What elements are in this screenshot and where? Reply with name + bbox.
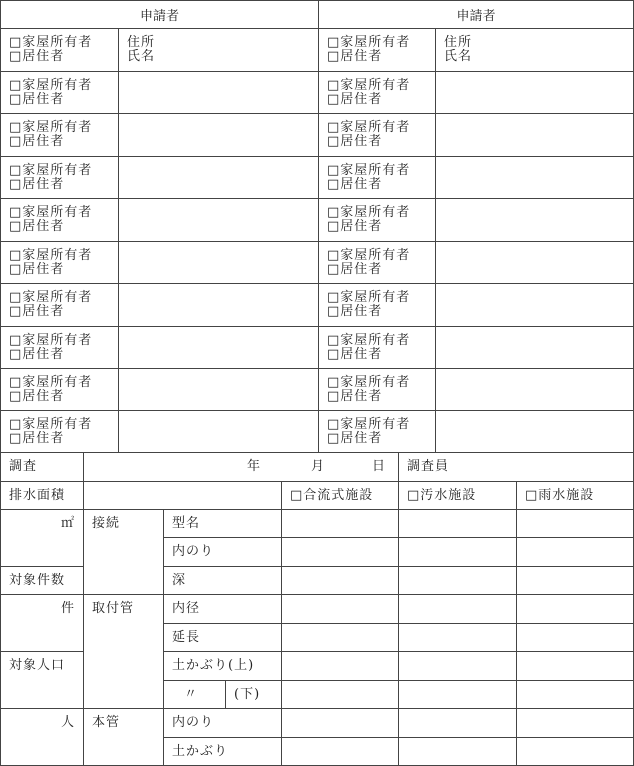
- applicant-type-cell[interactable]: □家屋所有者□居住者: [318, 113, 436, 157]
- main-pipe-cell: 本管: [83, 708, 164, 766]
- target-count-label-cell: 対象件数: [0, 566, 84, 595]
- item-label: 内のり: [172, 545, 214, 559]
- applicant-info-cell[interactable]: [435, 156, 634, 199]
- drainage-area-input[interactable]: [83, 481, 282, 510]
- applicant-info-cell[interactable]: [118, 198, 319, 242]
- applicant-type-cell[interactable]: □家屋所有者□居住者: [318, 71, 436, 114]
- resident-checkbox[interactable]: □居住者: [327, 220, 382, 234]
- applicant-type-cell[interactable]: □家屋所有者□居住者: [318, 156, 436, 199]
- owner-checkbox[interactable]: □家屋所有者: [327, 164, 410, 178]
- value-cell[interactable]: [398, 594, 517, 624]
- survey-date-cell[interactable]: 年月日: [83, 452, 399, 482]
- item-label: 土かぶり: [172, 745, 228, 759]
- owner-checkbox[interactable]: □家屋所有者: [9, 291, 92, 305]
- owner-checkbox[interactable]: □家屋所有者: [327, 206, 410, 220]
- owner-checkbox[interactable]: □家屋所有者: [9, 206, 92, 220]
- value-cell[interactable]: [398, 651, 517, 681]
- applicant-info-cell[interactable]: [118, 113, 319, 157]
- drainage-area-label: 排水面積: [9, 489, 65, 503]
- value-cell[interactable]: [281, 651, 399, 681]
- applicant-type-cell[interactable]: □家屋所有者□居住者: [0, 283, 119, 327]
- value-cell[interactable]: [281, 537, 399, 567]
- applicant-type-cell[interactable]: □家屋所有者□居住者: [318, 368, 436, 411]
- resident-checkbox[interactable]: □居住者: [9, 390, 64, 404]
- applicant-type-cell[interactable]: □家屋所有者□居住者: [0, 156, 119, 199]
- applicant-type-cell[interactable]: □家屋所有者□居住者: [0, 198, 119, 242]
- count-value-cell[interactable]: 件: [0, 594, 84, 652]
- applicant-info-cell[interactable]: [118, 71, 319, 114]
- owner-checkbox[interactable]: □家屋所有者: [9, 249, 92, 263]
- drainage-area-label-cell: 排水面積: [0, 481, 84, 510]
- item-label: 内径: [172, 602, 200, 616]
- applicant-type-cell[interactable]: □家屋所有者□居住者: [0, 113, 119, 157]
- applicant-info-cell[interactable]: [118, 410, 319, 453]
- value-cell[interactable]: [281, 680, 399, 709]
- owner-checkbox[interactable]: □家屋所有者: [9, 418, 92, 432]
- item-label-cell: 土かぶり: [163, 737, 282, 766]
- value-cell[interactable]: [516, 680, 634, 709]
- ditto-cell: 〃: [163, 680, 226, 709]
- item-label-cell: 土かぶり(上): [163, 651, 282, 681]
- day-label: 日: [372, 460, 386, 474]
- value-cell[interactable]: [398, 708, 517, 738]
- value-cell[interactable]: [281, 708, 399, 738]
- resident-checkbox[interactable]: □居住者: [9, 305, 64, 319]
- value-cell[interactable]: [516, 623, 634, 652]
- resident-checkbox[interactable]: □居住者: [327, 432, 382, 446]
- combined-checkbox[interactable]: □合流式施設: [290, 489, 373, 503]
- applicant-info-cell[interactable]: [435, 283, 634, 327]
- value-cell[interactable]: [281, 509, 399, 538]
- surveyor-label: 調査員: [407, 460, 449, 474]
- owner-checkbox[interactable]: □家屋所有者: [9, 121, 92, 135]
- resident-checkbox[interactable]: □居住者: [327, 178, 382, 192]
- unit-m2: ㎡: [61, 517, 75, 531]
- resident-checkbox[interactable]: □居住者: [327, 305, 382, 319]
- lower-label: (下): [234, 688, 260, 702]
- value-cell[interactable]: [516, 708, 634, 738]
- applicant-type-cell[interactable]: □家屋所有者□居住者: [0, 368, 119, 411]
- value-cell[interactable]: [398, 509, 517, 538]
- item-label-cell: 深: [163, 566, 282, 595]
- attach-pipe-cell: 取付管: [83, 594, 164, 709]
- applicant-info-cell[interactable]: [118, 368, 319, 411]
- applicant-type-cell[interactable]: □家屋所有者□居住者: [0, 241, 119, 284]
- resident-checkbox[interactable]: □居住者: [9, 220, 64, 234]
- applicant-info-cell[interactable]: [435, 113, 634, 157]
- value-cell[interactable]: [516, 737, 634, 766]
- applicant-type-cell[interactable]: □家屋所有者□居住者: [318, 283, 436, 327]
- target-count-label: 対象件数: [9, 574, 65, 588]
- resident-checkbox[interactable]: □居住者: [327, 135, 382, 149]
- applicant-info-cell[interactable]: [435, 198, 634, 242]
- applicant-header-right: 申請者: [318, 0, 634, 29]
- owner-checkbox[interactable]: □家屋所有者: [327, 36, 410, 50]
- value-cell[interactable]: [398, 737, 517, 766]
- owner-checkbox[interactable]: □家屋所有者: [9, 36, 92, 50]
- value-cell[interactable]: [516, 566, 634, 595]
- address-label: 住所: [127, 36, 155, 50]
- applicant-info-cell[interactable]: 住所氏名: [435, 28, 634, 72]
- owner-checkbox[interactable]: □家屋所有者: [327, 121, 410, 135]
- applicant-type-cell[interactable]: □家屋所有者□居住者: [0, 410, 119, 453]
- resident-checkbox[interactable]: □居住者: [9, 432, 64, 446]
- applicant-type-cell[interactable]: □家屋所有者□居住者: [0, 71, 119, 114]
- value-cell[interactable]: [281, 594, 399, 624]
- applicant-type-cell[interactable]: □家屋所有者□居住者: [318, 241, 436, 284]
- value-cell[interactable]: [398, 537, 517, 567]
- applicant-info-cell[interactable]: [435, 326, 634, 369]
- rain-checkbox[interactable]: □雨水施設: [525, 489, 594, 503]
- value-cell[interactable]: [281, 623, 399, 652]
- unit-ken: 件: [61, 602, 75, 616]
- unit-person: 人: [61, 716, 75, 730]
- owner-checkbox[interactable]: □家屋所有者: [327, 334, 410, 348]
- applicant-type-cell[interactable]: □家屋所有者□居住者: [0, 326, 119, 369]
- applicant-header-left: 申請者: [0, 0, 319, 29]
- target-pop-cell[interactable]: 対象人口: [0, 651, 84, 709]
- owner-checkbox[interactable]: □家屋所有者: [9, 376, 92, 390]
- applicant-info-cell[interactable]: [118, 283, 319, 327]
- item-label-cell: 延長: [163, 623, 282, 652]
- resident-checkbox[interactable]: □居住者: [9, 135, 64, 149]
- resident-checkbox[interactable]: □居住者: [327, 390, 382, 404]
- applicant-info-cell[interactable]: [118, 241, 319, 284]
- resident-checkbox[interactable]: □居住者: [9, 178, 64, 192]
- value-cell[interactable]: [516, 594, 634, 624]
- ditto-mark: 〃: [184, 688, 198, 702]
- value-cell[interactable]: [398, 566, 517, 595]
- owner-checkbox[interactable]: □家屋所有者: [327, 249, 410, 263]
- year-label: 年: [247, 460, 261, 474]
- attach-pipe-label: 取付管: [92, 602, 134, 616]
- area-value-cell[interactable]: ㎡: [0, 509, 84, 567]
- owner-checkbox[interactable]: □家屋所有者: [327, 79, 410, 93]
- applicant-info-cell[interactable]: [118, 326, 319, 369]
- applicant-type-cell[interactable]: □家屋所有者□居住者: [318, 326, 436, 369]
- applicant-info-cell[interactable]: 住所氏名: [118, 28, 319, 72]
- value-cell[interactable]: [281, 737, 399, 766]
- combined-cell[interactable]: □合流式施設: [281, 481, 399, 510]
- item-label: 内のり: [172, 716, 214, 730]
- month-label: 月: [311, 460, 325, 474]
- rain-cell[interactable]: □雨水施設: [516, 481, 634, 510]
- owner-checkbox[interactable]: □家屋所有者: [327, 291, 410, 305]
- surveyor-cell[interactable]: 調査員: [398, 452, 634, 482]
- applicant-info-cell[interactable]: [435, 410, 634, 453]
- value-cell[interactable]: [516, 651, 634, 681]
- main-pipe-label: 本管: [92, 716, 120, 730]
- owner-checkbox[interactable]: □家屋所有者: [327, 418, 410, 432]
- value-cell[interactable]: [398, 680, 517, 709]
- pop-value-cell[interactable]: 人: [0, 708, 84, 766]
- resident-checkbox[interactable]: □居住者: [327, 348, 382, 362]
- lower-cell: (下): [225, 680, 282, 709]
- header-label: 申請者: [140, 5, 179, 24]
- item-label: 型名: [172, 517, 200, 531]
- owner-checkbox[interactable]: □家屋所有者: [9, 334, 92, 348]
- survey-label-cell: 調査: [0, 452, 84, 482]
- applicant-type-cell[interactable]: □家屋所有者□居住者: [318, 28, 436, 72]
- applicant-type-cell[interactable]: □家屋所有者□居住者: [318, 410, 436, 453]
- connection-cell: 接続: [83, 509, 164, 595]
- address-label: 住所: [444, 36, 472, 50]
- applicant-info-cell[interactable]: [435, 241, 634, 284]
- header-label: 申請者: [456, 5, 495, 24]
- item-label-cell: 内のり: [163, 708, 282, 738]
- item-label-cell: 型名: [163, 509, 282, 538]
- resident-checkbox[interactable]: □居住者: [9, 50, 64, 64]
- resident-checkbox[interactable]: □居住者: [327, 50, 382, 64]
- owner-checkbox[interactable]: □家屋所有者: [9, 164, 92, 178]
- applicant-type-cell[interactable]: □家屋所有者□居住者: [0, 28, 119, 72]
- value-cell[interactable]: [516, 537, 634, 567]
- applicant-info-cell[interactable]: [435, 71, 634, 114]
- owner-checkbox[interactable]: □家屋所有者: [9, 79, 92, 93]
- owner-checkbox[interactable]: □家屋所有者: [327, 376, 410, 390]
- resident-checkbox[interactable]: □居住者: [327, 263, 382, 277]
- sewage-cell[interactable]: □汚水施設: [398, 481, 517, 510]
- item-label-cell: 内径: [163, 594, 282, 624]
- value-cell[interactable]: [398, 623, 517, 652]
- resident-checkbox[interactable]: □居住者: [9, 348, 64, 362]
- value-cell[interactable]: [281, 566, 399, 595]
- name-label: 氏名: [444, 50, 472, 64]
- item-label: 延長: [172, 631, 200, 645]
- applicant-info-cell[interactable]: [118, 156, 319, 199]
- sewage-checkbox[interactable]: □汚水施設: [407, 489, 476, 503]
- item-label: 土かぶり(上): [172, 659, 254, 673]
- resident-checkbox[interactable]: □居住者: [327, 93, 382, 107]
- target-pop-label: 対象人口: [9, 659, 65, 673]
- applicant-type-cell[interactable]: □家屋所有者□居住者: [318, 198, 436, 242]
- item-label-cell: 内のり: [163, 537, 282, 567]
- item-label: 深: [172, 574, 186, 588]
- value-cell[interactable]: [516, 509, 634, 538]
- name-label: 氏名: [127, 50, 155, 64]
- resident-checkbox[interactable]: □居住者: [9, 93, 64, 107]
- connection-label: 接続: [92, 517, 120, 531]
- survey-label: 調査: [9, 460, 37, 474]
- resident-checkbox[interactable]: □居住者: [9, 263, 64, 277]
- applicant-info-cell[interactable]: [435, 368, 634, 411]
